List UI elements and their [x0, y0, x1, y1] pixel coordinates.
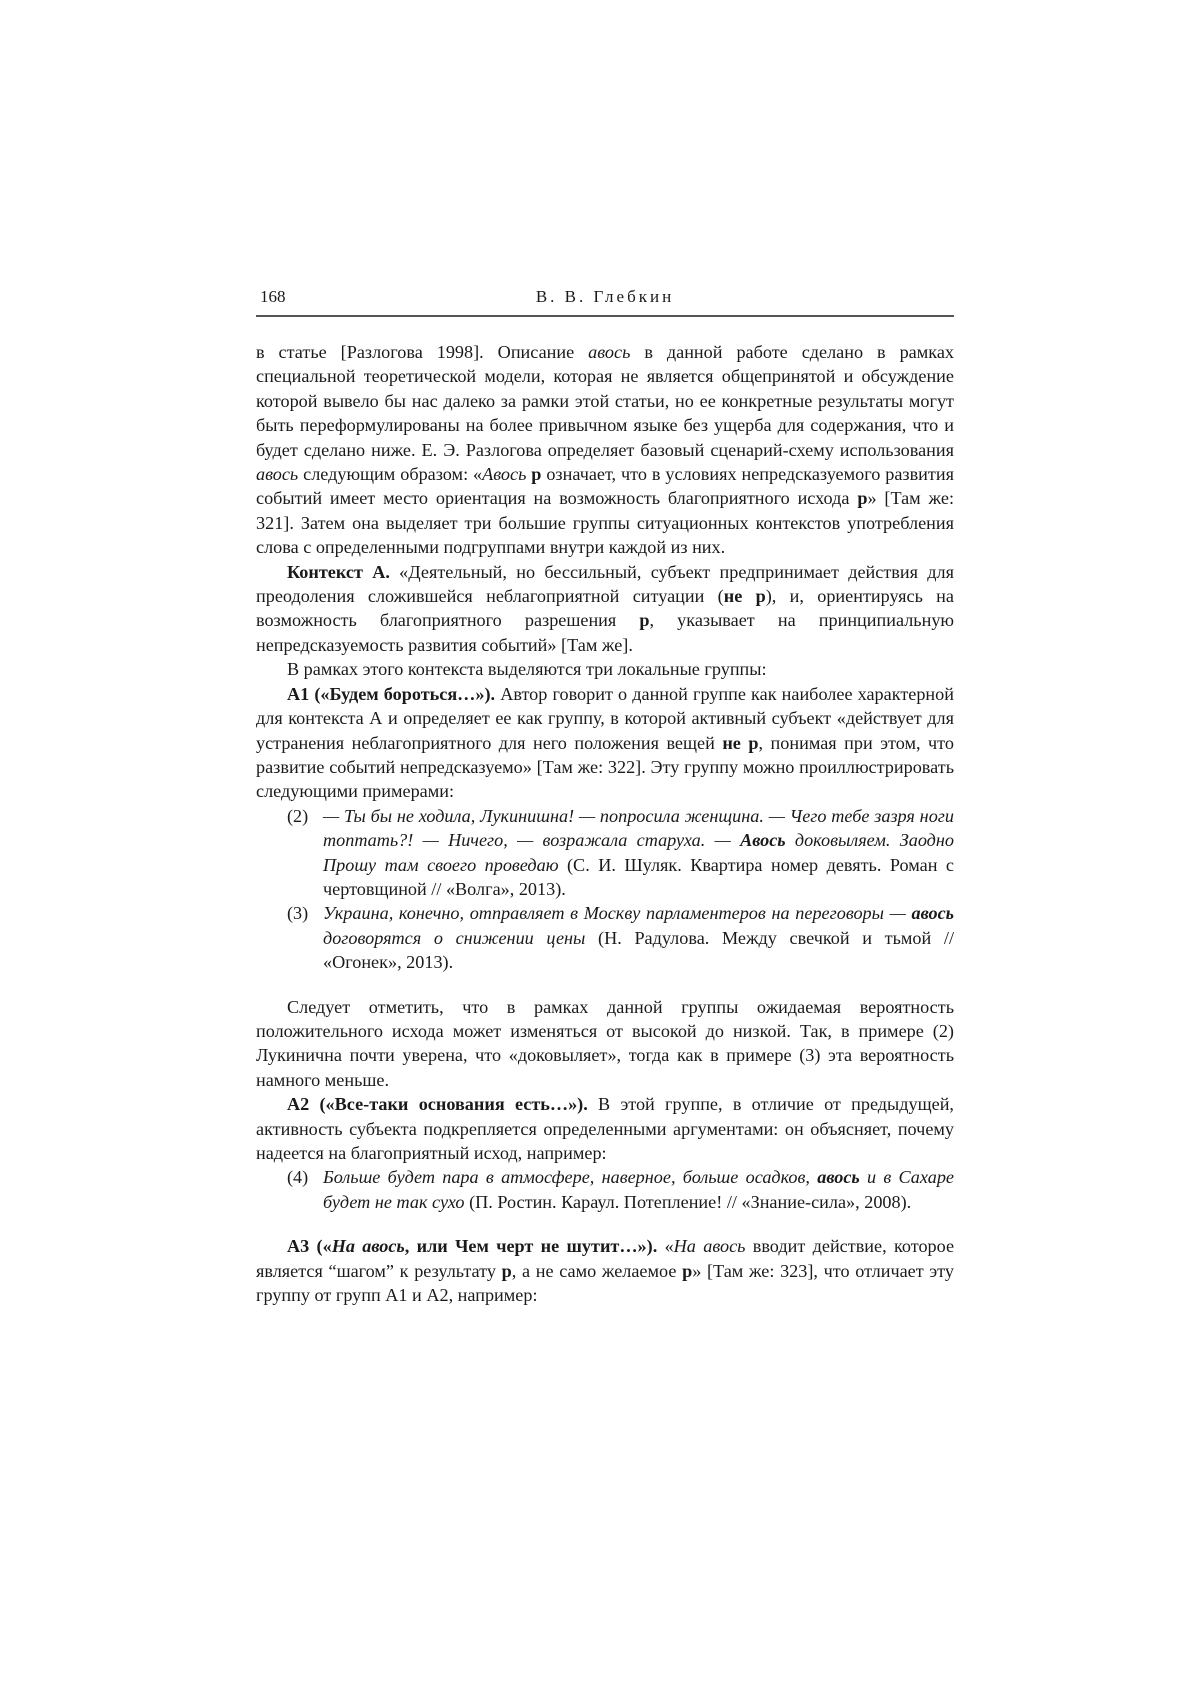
term-italic: На авось: [674, 1236, 746, 1256]
paragraph-groups: В рамках этого контекста выделяются три …: [256, 657, 954, 681]
example-number: (2): [287, 804, 308, 828]
term-italic: авось: [588, 342, 630, 362]
term-bold-italic: На авось: [332, 1236, 405, 1256]
paragraph-intro: в статье [Разлогова 1998]. Описание авос…: [256, 340, 954, 560]
term-bold-italic: Авось: [740, 830, 786, 850]
term-bold: не р: [724, 586, 766, 606]
running-head-author: В. В. Глебкин: [256, 287, 954, 307]
term-bold: р: [526, 464, 541, 484]
text: следующим образом: «: [298, 464, 482, 484]
body-text: в статье [Разлогова 1998]. Описание авос…: [256, 340, 954, 1307]
paragraph-probability: Следует отметить, что в рамках данной гр…: [256, 995, 954, 1093]
term-bold-italic: авось: [817, 1167, 859, 1187]
text: «: [657, 1236, 673, 1256]
example-number: (3): [287, 901, 308, 925]
text: в статье [Разлогова 1998]. Описание: [256, 342, 588, 362]
paragraph-context-a: Контекст А. «Деятельный, но бессильный, …: [256, 560, 954, 658]
example-3: (3)Украина, конечно, отправляет в Москву…: [256, 901, 954, 974]
example-text: Больше будет пара в атмосфере, наверное,…: [323, 1167, 817, 1187]
term-bold: не р: [722, 733, 758, 753]
examples-2-3: (2)— Ты бы не ходила, Лукинишна! — попро…: [256, 804, 954, 975]
header-rule: [256, 315, 954, 317]
text: , а не само желаемое: [512, 1261, 682, 1281]
term-bold: р: [639, 610, 649, 630]
section-heading-inline: А3 («: [287, 1236, 332, 1256]
paragraph-a2: А2 («Все-таки основания есть…»). В этой …: [256, 1092, 954, 1165]
examples-4: (4)Больше будет пара в атмосфере, наверн…: [256, 1165, 954, 1214]
example-4: (4)Больше будет пара в атмосфере, наверн…: [256, 1165, 954, 1214]
running-head: 168 В. В. Глебкин: [256, 287, 954, 311]
paragraph-a3: А3 («На авось, или Чем черт не шутит…»).…: [256, 1234, 954, 1307]
example-2: (2)— Ты бы не ходила, Лукинишна! — попро…: [256, 804, 954, 902]
term-italic: Авось: [482, 464, 526, 484]
section-heading-inline: А2 («Все-таки основания есть…»).: [287, 1094, 588, 1114]
term-bold-italic: авось: [912, 903, 954, 923]
example-number: (4): [287, 1165, 308, 1189]
term-bold: р: [502, 1261, 512, 1281]
example-source: (П. Ростин. Караул. Потепление! // «Знан…: [465, 1192, 912, 1212]
term-bold: р: [857, 488, 867, 508]
paragraph-a1: А1 («Будем бороться…»). Автор говорит о …: [256, 682, 954, 804]
example-text: договорятся о снижении цены: [323, 928, 585, 948]
example-text: Украина, конечно, отправляет в Москву па…: [323, 903, 912, 923]
section-heading-inline: Контекст А.: [287, 562, 390, 582]
term-italic: авось: [256, 464, 298, 484]
section-heading-inline: , или Чем черт не шутит…»).: [405, 1236, 658, 1256]
term-bold: р: [682, 1261, 692, 1281]
section-heading-inline: А1 («Будем бороться…»).: [287, 684, 495, 704]
